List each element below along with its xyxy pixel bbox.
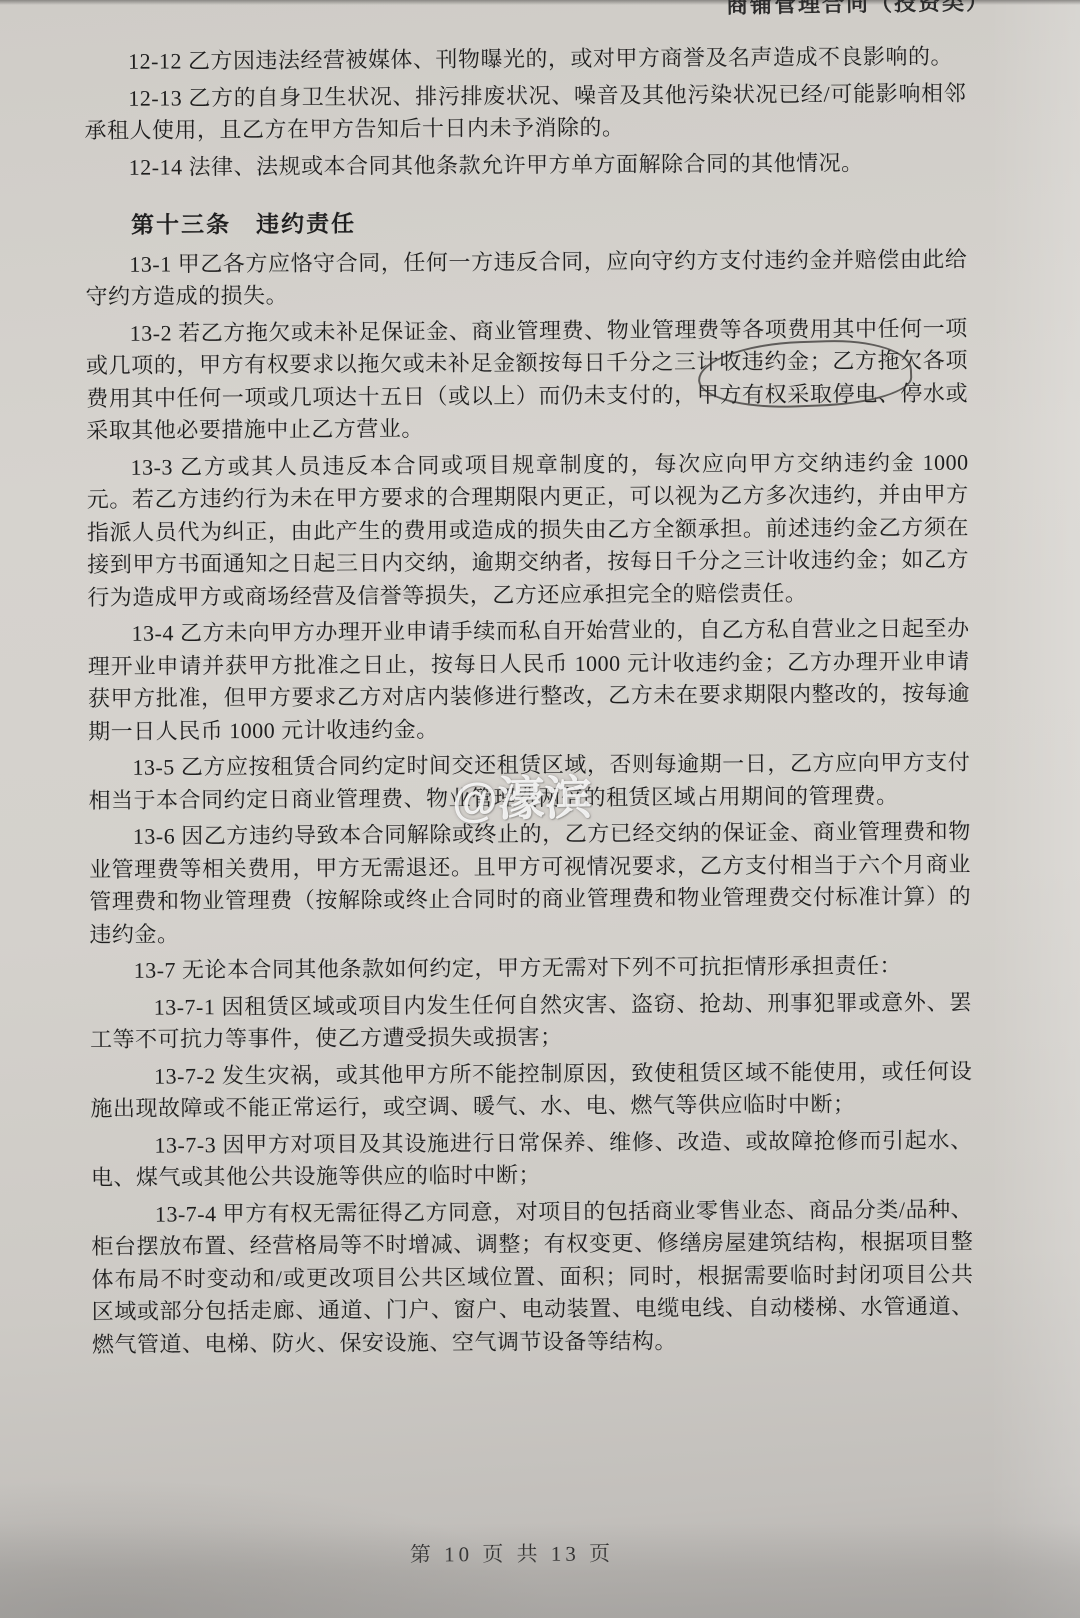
clause-13-4: 13-4 乙方未向甲方办理开业申请手续而私自开始营业的，自乙方私自营业之日起至办… (87, 613, 970, 748)
page-header-title: 商铺管理合同（投资类） (726, 0, 990, 20)
clause-12-13: 12-13 乙方的自身卫生状况、排污排废状况、噪音及其他污染状况已经/可能影响相… (84, 77, 966, 147)
clause-13-1: 13-1 甲乙各方应恪守合同，任何一方违反合同，应向守约方支付违约金并赔偿由此给… (85, 243, 967, 313)
clause-13-7: 13-7 无论本合同其他条款如何约定，甲方无需对下列不可抗拒情形承担责任： (90, 950, 972, 988)
paper-sheen (990, 0, 1080, 1618)
clause-13-7-1: 13-7-1 因租赁区域或项目内发生任何自然灾害、盗窃、抢劫、刑事犯罪或意外、罢… (90, 986, 972, 1056)
contract-page-photo: 商铺管理合同（投资类） 12-12 乙方因违法经营被媒体、刊物曝光的，或对甲方商… (0, 0, 1080, 1618)
watermark-text: @濠滨 (451, 761, 592, 830)
clause-12-12: 12-12 乙方因违法经营被媒体、刊物曝光的，或对甲方商誉及名声造成不良影响的。 (84, 41, 966, 79)
clause-13-7-3: 13-7-3 因甲方对项目及其设施进行日常保养、维修、改造、或故障抢修而引起水、… (91, 1124, 973, 1194)
clause-13-6: 13-6 因乙方违约导致本合同解除或终止的，乙方已经交纳的保证金、商业管理费和物… (89, 816, 972, 951)
clause-13-7-4: 13-7-4 甲方有权无需征得乙方同意，对项目的包括商业零售业态、商品分类/品种… (91, 1193, 974, 1361)
clause-13-2: 13-2 若乙方拖欠或未补足保证金、商业管理费、物业管理费等各项费用其中任何一项… (86, 312, 969, 447)
clause-13-3: 13-3 乙方或其人员违反本合同或项目规章制度的，每次应向甲方交纳违约金 100… (86, 446, 969, 614)
contract-body: 12-12 乙方因违法经营被媒体、刊物曝光的，或对甲方商誉及名声造成不良影响的。… (84, 41, 974, 1365)
section-heading-article-13: 第十三条 违约责任 (85, 205, 967, 243)
paper-bottom-shadow (0, 1523, 1080, 1618)
clause-12-14: 12-14 法律、法规或本合同其他条款允许甲方单方面解除合同的其他情况。 (85, 146, 967, 184)
clause-13-7-2: 13-7-2 发生灾祸，或其他甲方所不能控制原因，致使租赁区域不能使用，或任何设… (90, 1055, 972, 1125)
